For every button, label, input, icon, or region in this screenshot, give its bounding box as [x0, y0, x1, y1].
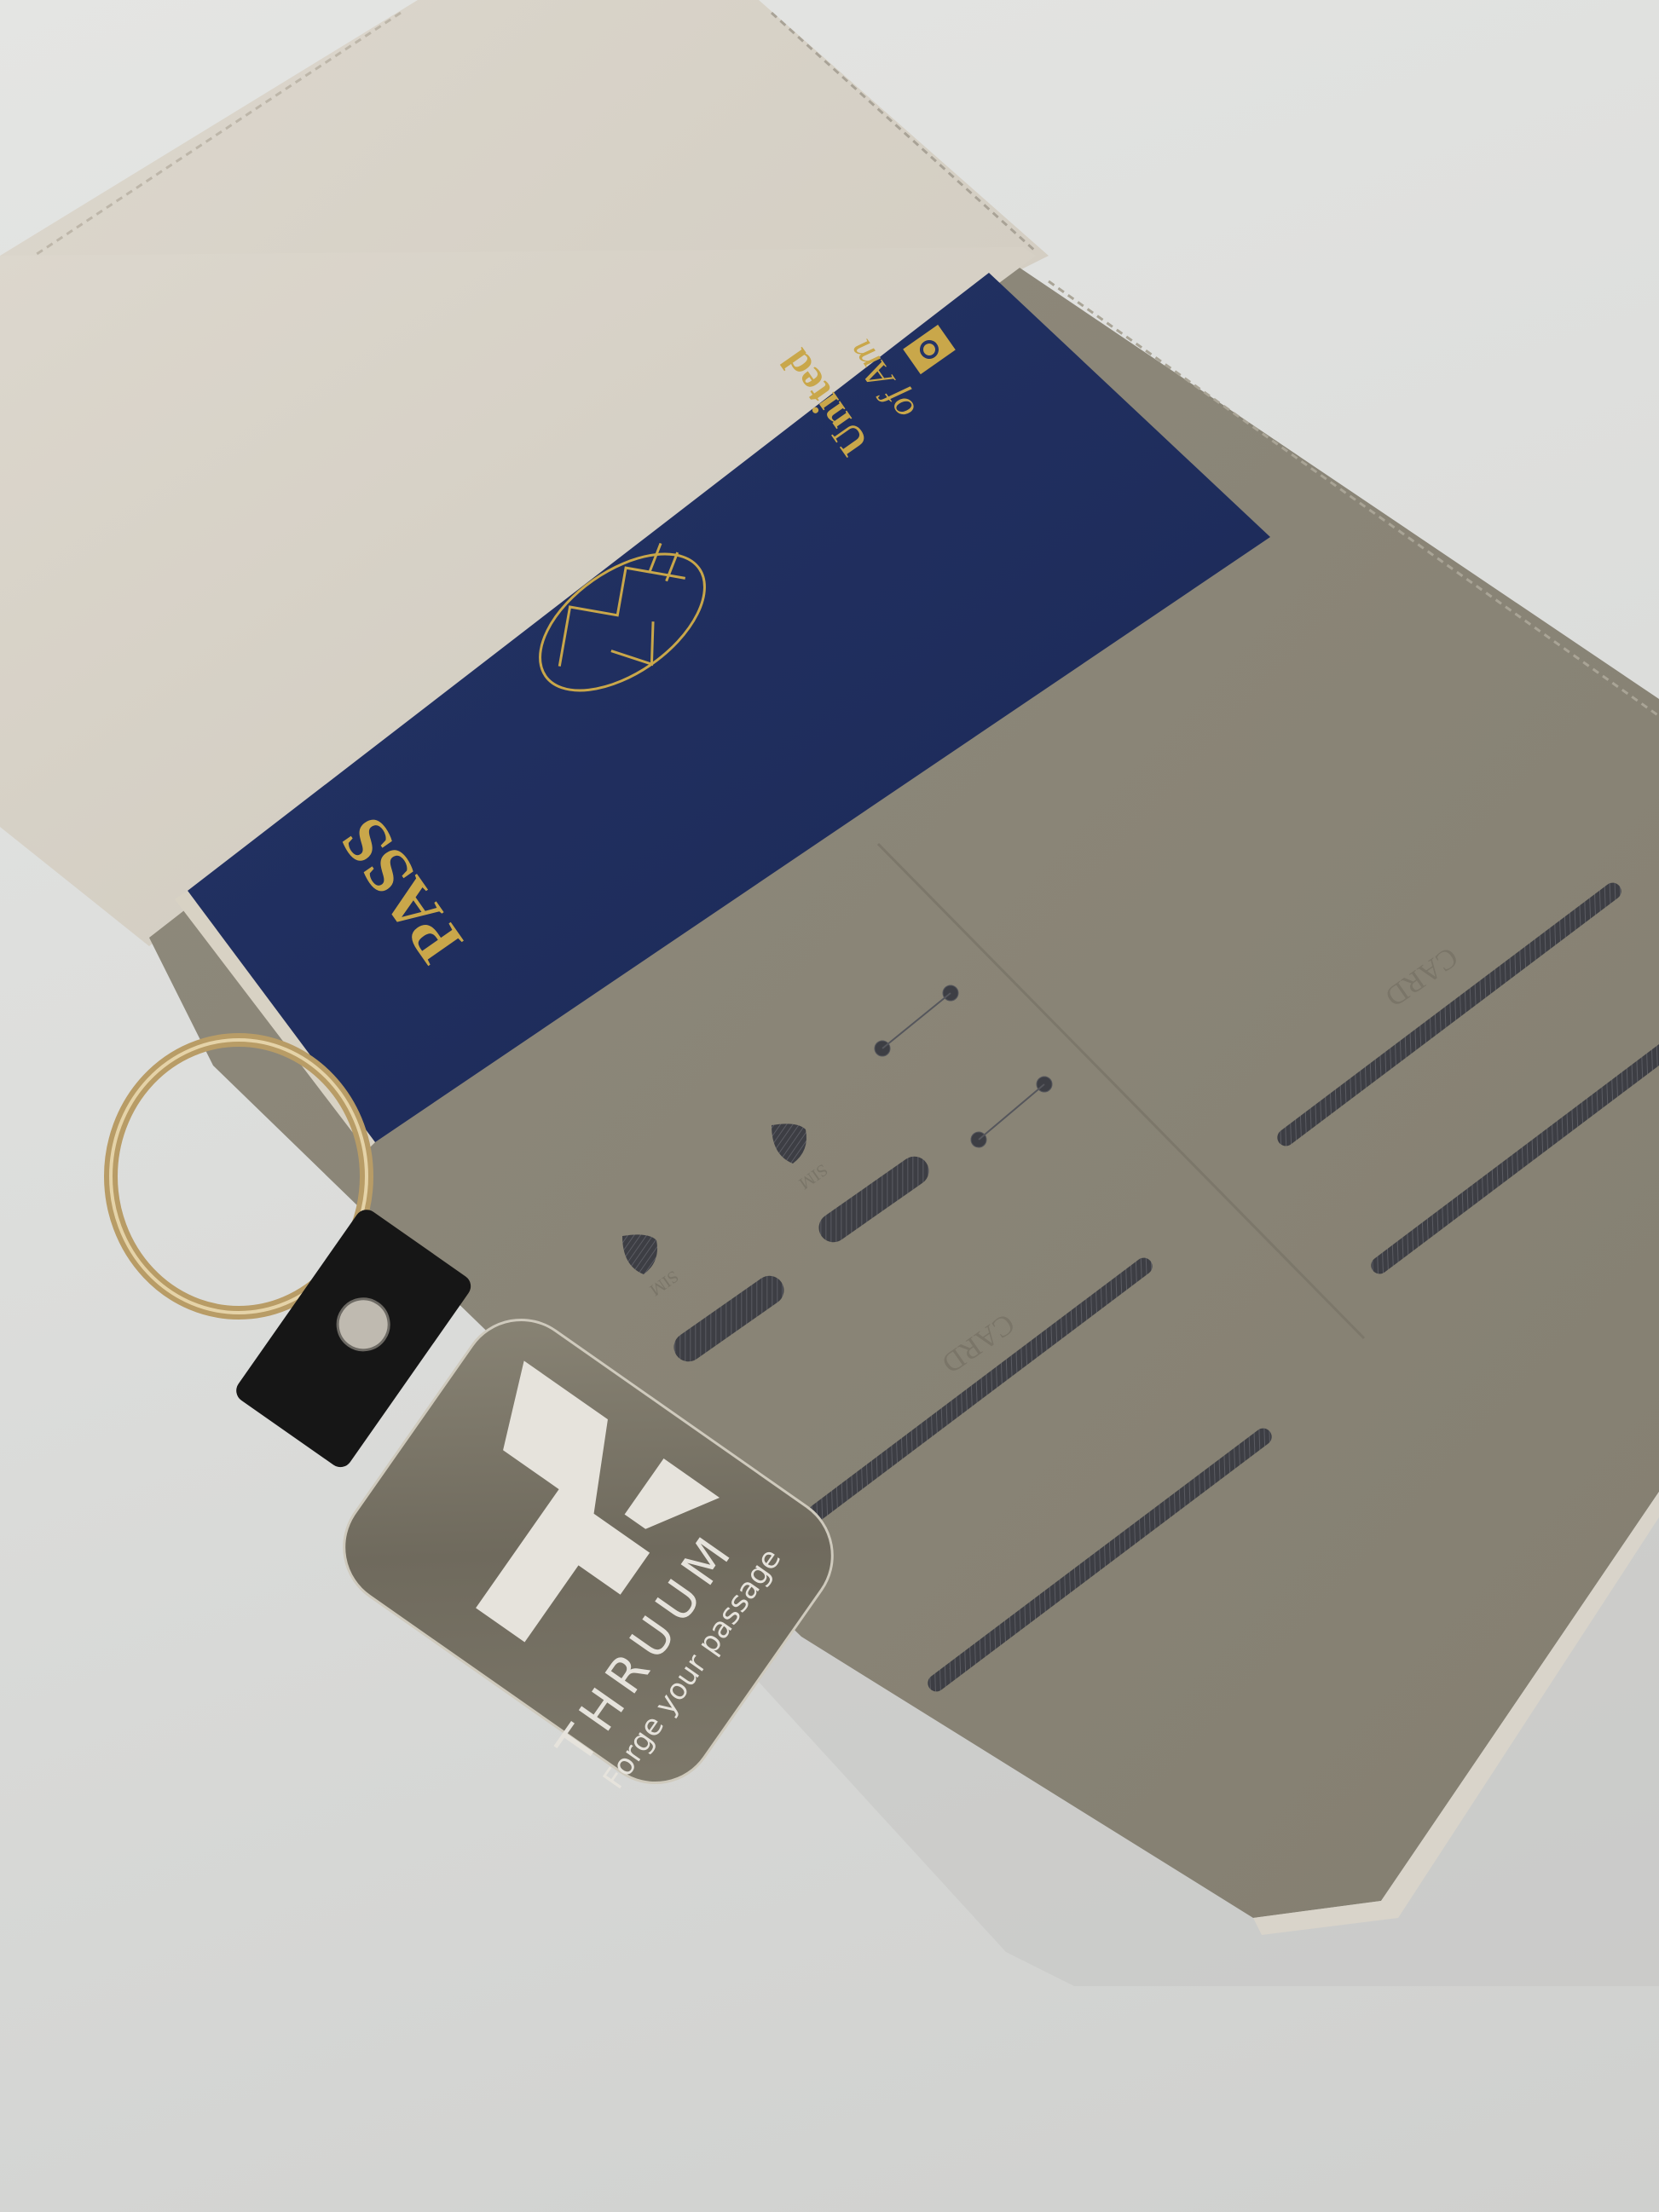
- product-photo-scene: PASS United of Am SIM SIM CARD: [0, 0, 1659, 2212]
